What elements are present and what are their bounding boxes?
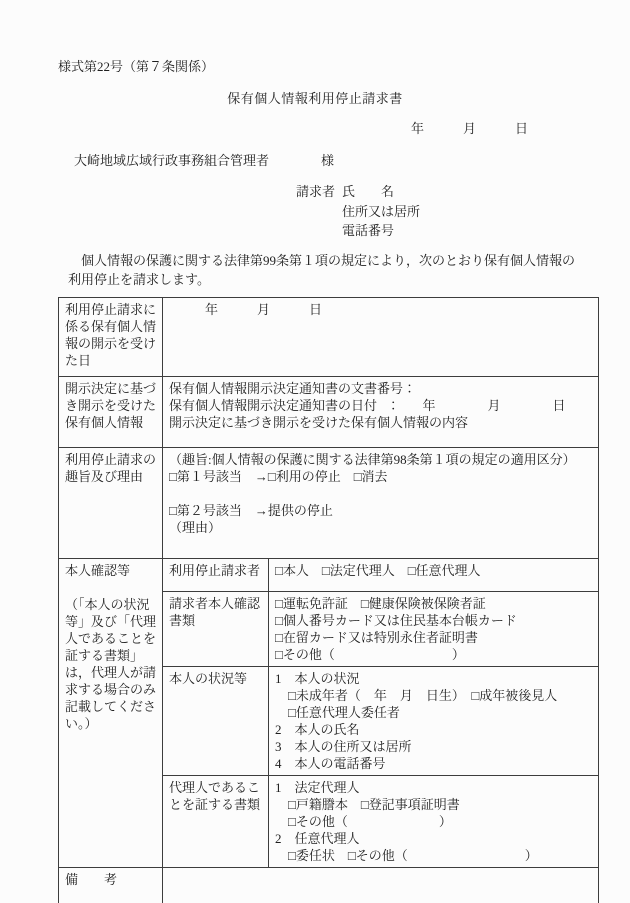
requester-address-label: 住所又は居所 — [342, 202, 420, 222]
row-disclosure-date: 利用停止請求に係る保有個人情報の開示を受けた日 年 月 日 — [59, 297, 599, 376]
requester-name-label: 氏 名 — [342, 182, 420, 202]
row-disclosed-info: 開示決定に基づき開示を受けた保有個人情報 保有個人情報開示決定通知書の文書番号：… — [59, 376, 599, 447]
notice-doc-number-line: 保有個人情報開示決定通知書の文書番号： — [169, 380, 594, 397]
row-requester-type: 本人確認等 （「本人の状況等」及び「代理人であることを証する書類」は，代理人が請… — [59, 558, 599, 591]
form-page: 様式第22号（第７条関係） 保有個人情報利用停止請求書 年 月 日 大崎地域広域… — [0, 0, 630, 903]
identity-section-label: 本人確認等 （「本人の状況等」及び「代理人であることを証する書類」は，代理人が請… — [59, 558, 163, 867]
agent-documents-label: 代理人であることを証する書類 — [163, 775, 269, 867]
id-doc-option: □個人番号カード又は住民基本台帳カード — [275, 612, 594, 629]
disclosed-info-label: 開示決定に基づき開示を受けた保有個人情報 — [59, 376, 163, 447]
agent-doc-line: □その他（ ） — [275, 813, 594, 830]
principal-status-line: 3 本人の住所又は居所 — [275, 738, 594, 755]
id-documents-options: □運転免許証 □健康保険被保険者証 □個人番号カード又は住民基本台帳カード □在… — [269, 591, 599, 666]
remarks-value — [163, 867, 599, 903]
addressee-line: 大崎地域広域行政事務組合管理者 様 — [74, 152, 598, 170]
principal-status-line: 4 本人の電話番号 — [275, 755, 594, 772]
id-doc-option: □その他（ ） — [275, 646, 594, 663]
agent-doc-line: □戸籍謄本 □登記事項証明書 — [275, 796, 594, 813]
requester-type-options: □本人 □法定代理人 □任意代理人 — [269, 558, 599, 591]
requester-fields: 氏 名 住所又は居所 電話番号 — [342, 182, 420, 241]
requester-type-label: 利用停止請求者 — [163, 558, 269, 591]
agent-doc-line: 1 法定代理人 — [275, 779, 594, 796]
disclosure-date-value: 年 月 日 — [163, 297, 599, 376]
id-doc-option: □在留カード又は特別永住者証明書 — [275, 629, 594, 646]
principal-status-content: 1 本人の状況 □未成年者（ 年 月 日生） □成年被後見人 □任意代理人委任者… — [269, 666, 599, 775]
intro-line-1: 個人情報の保護に関する法律第99条第１項の規定により，次のとおり保有個人情報の — [68, 251, 598, 270]
id-documents-label: 請求者本人確認書類 — [163, 591, 269, 666]
requester-phone-label: 電話番号 — [342, 221, 420, 241]
purpose-option-1: □第１号該当 →□利用の停止 □消去 — [169, 468, 594, 485]
id-doc-option: □運転免許証 □健康保険被保険者証 — [275, 595, 594, 612]
purpose-option-2: □第２号該当 →提供の停止 — [169, 502, 594, 519]
purpose-content: （趣旨:個人情報の保護に関する法律第98条第１項の規定の適用区分） □第１号該当… — [163, 447, 599, 558]
identity-label: 本人確認等 — [65, 562, 158, 579]
agent-documents-content: 1 法定代理人 □戸籍謄本 □登記事項証明書 □その他（ ） 2 任意代理人 □… — [269, 775, 599, 867]
principal-status-line: 1 本人の状況 — [275, 670, 594, 687]
row-remarks: 備 考 — [59, 867, 599, 903]
requester-label: 請求者 — [296, 182, 335, 241]
purpose-reason-label: （理由） — [169, 519, 594, 536]
purpose-heading: （趣旨:個人情報の保護に関する法律第98条第１項の規定の適用区分） — [169, 451, 594, 468]
disclosed-content-line: 開示決定に基づき開示を受けた保有個人情報の内容 — [169, 414, 594, 431]
form-number: 様式第22号（第７条関係） — [58, 58, 598, 76]
principal-status-line: □未成年者（ 年 月 日生） □成年被後見人 — [275, 687, 594, 704]
disclosed-info-content: 保有個人情報開示決定通知書の文書番号： 保有個人情報開示決定通知書の日付 ： 年… — [163, 376, 599, 447]
principal-status-line: □任意代理人委任者 — [275, 704, 594, 721]
principal-status-label: 本人の状況等 — [163, 666, 269, 775]
disclosure-date-label: 利用停止請求に係る保有個人情報の開示を受けた日 — [59, 297, 163, 376]
agent-doc-line: 2 任意代理人 — [275, 830, 594, 847]
request-table: 利用停止請求に係る保有個人情報の開示を受けた日 年 月 日 開示決定に基づき開示… — [58, 297, 599, 903]
intro-line-2: 利用停止を請求します。 — [68, 270, 598, 289]
principal-status-line: 2 本人の氏名 — [275, 721, 594, 738]
notice-date-line: 保有個人情報開示決定通知書の日付 ： 年 月 日 — [169, 397, 594, 414]
document-title: 保有個人情報利用停止請求書 — [45, 90, 585, 108]
header-date-line: 年 月 日 — [58, 120, 598, 138]
intro-paragraph: 個人情報の保護に関する法律第99条第１項の規定により，次のとおり保有個人情報の … — [68, 251, 598, 289]
requester-block: 請求者 氏 名 住所又は居所 電話番号 — [296, 182, 598, 241]
agent-doc-line: □委任状 □その他（ ） — [275, 847, 594, 864]
identity-note: （「本人の状況等」及び「代理人であることを証する書類」は，代理人が請求する場合の… — [65, 596, 158, 732]
row-purpose: 利用停止請求の趣旨及び理由 （趣旨:個人情報の保護に関する法律第98条第１項の規… — [59, 447, 599, 558]
remarks-label: 備 考 — [59, 867, 163, 903]
purpose-label: 利用停止請求の趣旨及び理由 — [59, 447, 163, 558]
